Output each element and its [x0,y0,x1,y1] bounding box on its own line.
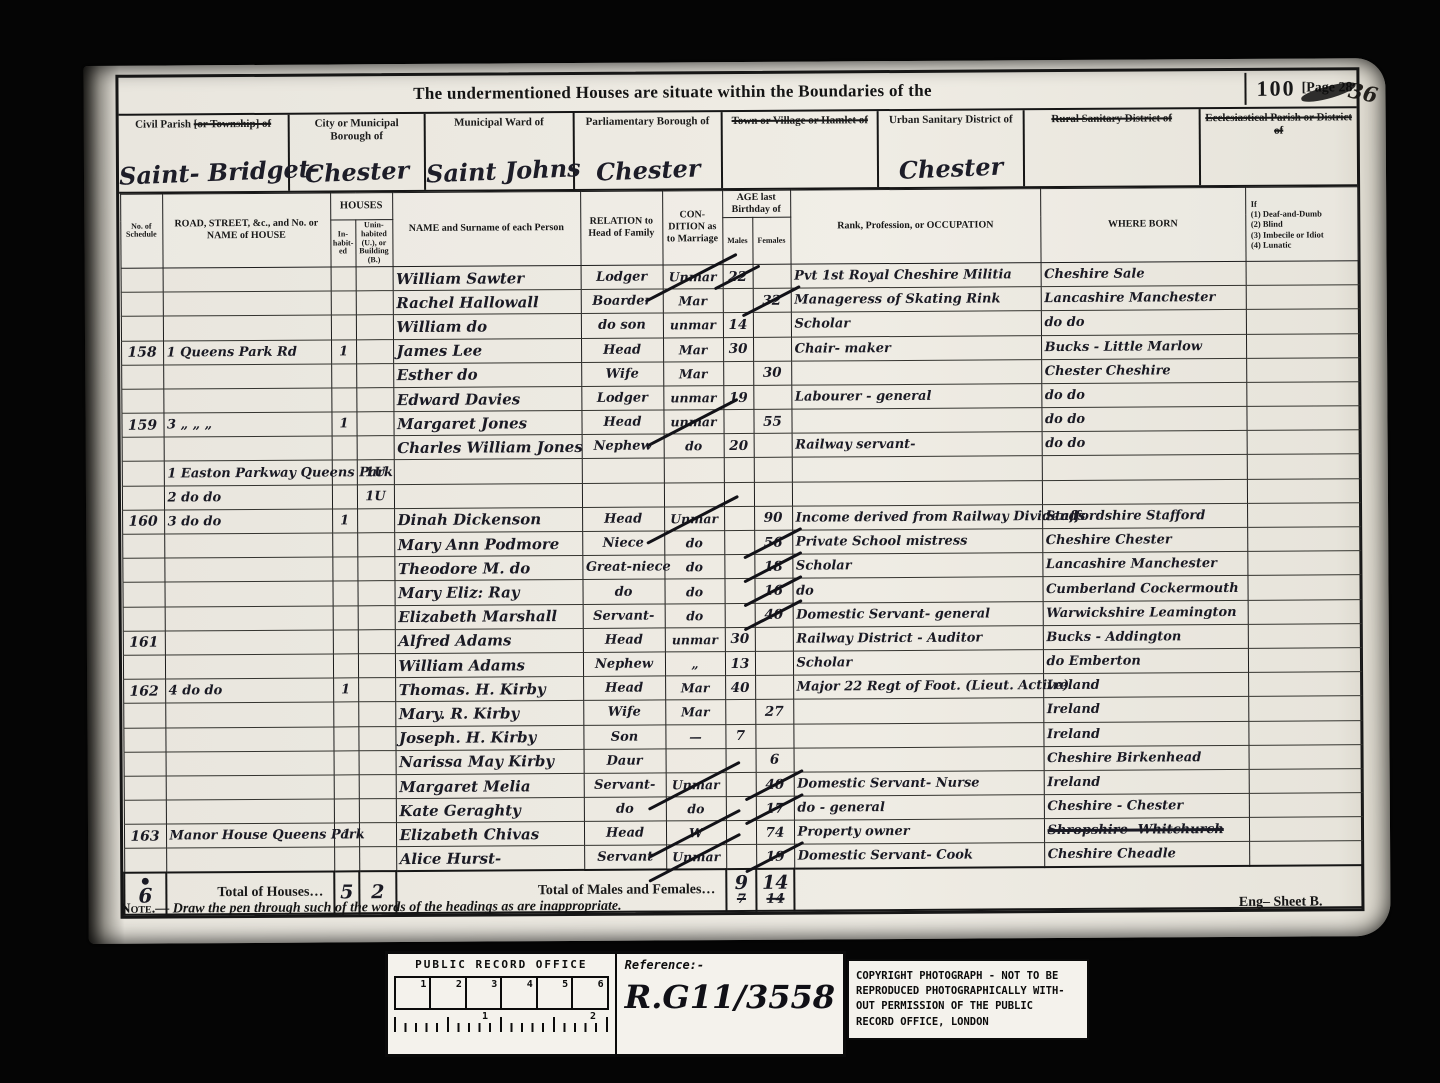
cell-name: Alice Hurst- [396,846,584,871]
cell-occupation: do [792,577,1042,603]
cell-uninhabited [356,339,393,363]
cell-where-born: do do [1041,406,1246,431]
district-box-3: Municipal Ward ofSaint Johns [426,113,575,190]
cell-inhabited: 1 [334,823,359,847]
cell-infirmity [1248,672,1361,697]
cell-road: 4 do do [165,678,333,703]
infirmity-line-3: (3) Imbecile or Idiot [1251,229,1356,240]
cell-occupation: Manageress of Skating Rink [791,287,1041,313]
cell-age-male [726,772,756,796]
cell-age-male: 22 [723,264,753,288]
cell-age-male [726,796,756,820]
cell-name: Mary Eliz: Ray [394,580,582,605]
cell-age-female [754,482,792,506]
cell-name [394,483,582,508]
cell-name: Rachel Hallowall [393,290,581,315]
copyright-line-4: RECORD OFFICE, LONDON [856,1015,1080,1030]
cell-where-born: do do [1041,382,1246,407]
cell-age-male: 13 [725,651,755,675]
col-road: ROAD, STREET, &c., and No. or NAME of HO… [162,193,330,268]
cell-age-male [725,700,755,724]
cell-age-male: 20 [724,434,754,458]
cell-inhabited [332,557,357,581]
pro-stamp-strip: PUBLIC RECORD OFFICE 123456 1 2 Referenc… [385,945,1085,1063]
cell-occupation [793,698,1043,724]
district-box-value: Saint Johns [425,153,573,188]
col-occupation: Rank, Profession, or OCCUPATION [790,189,1040,265]
cell-age-male [723,289,753,313]
cell-uninhabited: 1U [357,484,394,508]
cell-road [163,291,331,316]
cell-where-born: Bucks - Addington [1043,624,1248,649]
cell-road [164,557,332,582]
ruler-scale: 123456 [394,976,609,1010]
cell-occupation: Domestic Servant- Cook [794,843,1044,869]
cell-name: Margaret Jones [393,411,581,436]
district-box-5: Town or Village or Hamlet of [723,111,879,188]
col-inhabited: In-habit-ed [330,220,355,267]
cell-age-male [724,530,754,554]
cell-relation: Servant- [583,604,665,629]
col-relation: RELATION to Head of Family [580,191,662,265]
cell-infirmity [1248,648,1361,673]
cell-schedule [123,655,165,679]
cell-condition: „ [665,652,725,677]
cell-infirmity [1247,575,1360,600]
copyright-notice: COPYRIGHT PHOTOGRAPH - NOT TO BEREPRODUC… [847,959,1089,1040]
cell-age-female [753,337,791,361]
cell-where-born: Lancashire Manchester [1042,552,1247,577]
census-page: 36 The undermentioned Houses are situate… [83,58,1390,944]
infirmity-line-0: If [1251,198,1356,209]
district-box-4: Parliamentary Borough ofChester [574,112,723,189]
cell-name: William Adams [395,652,583,677]
cell-occupation: Chair- maker [791,335,1041,361]
cell-uninhabited [359,750,396,774]
cell-road [166,847,334,872]
folio-box: 100 [Page 28 [1244,72,1358,105]
cell-uninhabited [358,678,395,702]
cell-age-female [753,264,791,288]
cell-relation: Head [583,628,665,653]
cell-name: Joseph. H. Kirby [395,725,583,750]
footnote-text: Draw the pen through such of the words o… [173,899,622,917]
cell-road [166,751,334,776]
cell-age-female [755,724,793,748]
cell-where-born: do do [1042,431,1247,456]
cell-uninhabited [359,775,396,799]
footnote: Note.— Draw the pen through such of the … [120,899,621,918]
cell-uninhabited [359,823,396,847]
cell-age-female: 40 [755,603,793,627]
cell-where-born: Cheshire Sale [1041,261,1246,286]
cell-inhabited: 1 [331,339,356,363]
cell-age-female: 32 [753,288,791,312]
district-box-1: Civil Parish [or Township] ofSaint- Brid… [119,115,290,192]
cell-road: 3 „ „ „ [163,412,331,437]
cell-road [166,799,334,824]
table-header: No. of Schedule ROAD, STREET, &c., and N… [120,187,1358,269]
cell-age-female: 74 [756,820,794,844]
cell-schedule [121,316,163,340]
cell-age-female: 55 [753,409,791,433]
cell-condition: Unmar [663,265,723,290]
cell-age-male [724,579,754,603]
page-title: The undermentioned Houses are situate wi… [118,79,1226,106]
cell-name: Kate Geraghty [396,798,584,823]
cell-age-male: 7 [725,724,755,748]
cell-inhabited [332,484,357,508]
cell-age-female [754,433,792,457]
cell-schedule [124,800,166,824]
cell-inhabited: 1 [333,678,358,702]
district-box-label: Civil Parish [or Township] of [119,118,288,132]
ruler-segment-5: 5 [538,978,573,1008]
district-box-8: Ecclesiastical Parish or District of [1201,108,1357,185]
district-box-label: Municipal Ward of [426,116,573,130]
district-label-text: Urban Sanitary District of [889,113,1013,126]
ruler-segment-4: 4 [502,978,537,1008]
cell-infirmity [1248,720,1361,745]
cell-relation: Head [583,676,665,701]
cell-occupation [791,359,1041,385]
cell-road: 2 do do [164,485,332,510]
cell-where-born: Ireland [1044,769,1249,794]
cell-relation: Servant [584,845,666,870]
cell-uninhabited [357,581,394,605]
cell-where-born: do do [1041,310,1246,335]
cell-schedule: 163 [124,824,166,848]
cell-road: 1 Easton Parkway Queens Park [164,460,332,485]
cell-occupation: Scholar [793,650,1043,676]
ruler-segment-1: 1 [396,978,431,1008]
cell-relation: do [582,579,664,604]
cell-relation: Nephew [583,652,665,677]
district-box-value: Chester [289,155,424,189]
pro-ruler-box: PUBLIC RECORD OFFICE 123456 1 2 [388,954,617,1054]
infirmity-line-4: (4) Lunatic [1251,239,1356,250]
cell-name: Margaret Melia [396,773,584,798]
cell-condition: W [666,821,726,846]
col-infirmity: If(1) Deaf-and-Dumb(2) Blind(3) Imbecile… [1245,187,1358,262]
cell-infirmity [1246,285,1359,310]
col-houses-group: HOUSES [330,193,392,220]
cell-infirmity [1246,382,1359,407]
district-label-struck: Rural Sanitary District of [1051,112,1172,125]
cell-age-male: 14 [723,313,753,337]
cell-condition: Mar [665,700,725,725]
cell-infirmity [1246,261,1359,286]
cell-uninhabited [356,267,393,291]
cell-uninhabited [357,557,394,581]
cell-relation: Lodger [581,265,663,290]
cell-age-male: 19 [723,385,753,409]
cell-age-male [726,845,756,869]
cell-inhabited [331,291,356,315]
cell-schedule [121,292,163,316]
cell-where-born: Ireland [1043,673,1248,698]
cell-schedule: 162 [123,679,165,703]
ruler-segment-6: 6 [573,978,606,1008]
cell-schedule [124,848,166,872]
cell-name: James Lee [393,338,581,363]
cell-inhabited [333,630,358,654]
cell-where-born: Warwickshire Leamington [1043,600,1248,625]
ruler-ticks: 1 2 [394,1014,609,1032]
cell-age-male: 30 [725,627,755,651]
cell-inhabited: 1 [332,509,357,533]
cell-schedule [121,365,163,389]
cell-condition: do [664,579,724,604]
cell-relation: Nephew [582,434,664,459]
cell-uninhabited [358,629,395,653]
cell-inhabited [332,460,357,484]
cell-uninhabited: 1U [357,460,394,484]
cell-relation: Boarder [581,289,663,314]
cell-uninhabited [357,508,394,532]
cell-age-male [724,482,754,506]
cell-where-born: Cheshire Birkenhead [1044,745,1249,770]
district-box-label: Rural Sanitary District of [1025,112,1199,126]
cell-inhabited [334,799,359,823]
cell-road [163,315,331,340]
total-males-value: 9 [735,874,748,893]
ruler-segment-3: 3 [467,978,502,1008]
district-box-value: Chester [879,151,1024,186]
cell-schedule [122,437,164,461]
cell-road: Manor House Queens Park [166,823,334,848]
cell-infirmity [1247,478,1360,503]
cell-age-female: 90 [754,506,792,530]
cell-uninhabited [356,291,393,315]
district-box-label: Town or Village or Hamlet of [723,114,877,128]
cell-inhabited [333,605,358,629]
cell-name: Mary. R. Kirby [395,701,583,726]
cell-age-female [754,458,792,482]
cell-condition: unmar [665,627,725,652]
cell-age-female: 19 [756,845,794,869]
cell-relation: do son [581,313,663,338]
district-header-boxes: Civil Parish [or Township] ofSaint- Brid… [119,108,1357,194]
cell-name: Theodore M. do [394,556,582,581]
district-label-struck: [or Township] of [194,118,272,130]
cell-inhabited: 1 [331,412,356,436]
cell-age-female [755,651,793,675]
cell-road [165,630,333,655]
district-box-7: Rural Sanitary District of [1025,109,1201,186]
cell-road [164,581,332,606]
cell-schedule: 160 [122,510,164,534]
cell-where-born: Ireland [1043,721,1248,746]
cell-name: Edward Davies [393,386,581,411]
cell-infirmity [1249,769,1362,794]
cell-condition: unmar [663,313,723,338]
col-born: WHERE BORN [1040,187,1245,262]
cell-uninhabited [356,315,393,339]
cell-infirmity [1249,841,1362,866]
district-box-2: City or Municipal Borough ofChester [289,114,426,191]
cell-age-female: 30 [753,361,791,385]
cell-infirmity [1248,599,1361,624]
cell-age-male [724,555,754,579]
cell-infirmity [1247,503,1360,528]
cell-name: Charles William Jones [394,435,582,460]
cell-condition [666,748,726,773]
sheet-label: Eng– Sheet B. [1239,894,1363,911]
cell-age-male [725,603,755,627]
ruler-inch-2: 2 [590,1011,596,1022]
cell-uninhabited [357,436,394,460]
cell-occupation: Domestic Servant- general [793,601,1043,627]
cell-relation: Great-niece [582,555,664,580]
cell-age-female: 27 [755,700,793,724]
cell-inhabited [331,315,356,339]
district-box-6: Urban Sanitary District ofChester [879,110,1026,187]
cell-uninhabited [358,702,395,726]
cell-condition: Mar [663,361,723,386]
cell-name: Thomas. H. Kirby [395,677,583,702]
col-males: Males [722,217,752,264]
cell-schedule [121,268,163,292]
footnote-label: Note.— [120,901,169,916]
cell-infirmity [1247,551,1360,576]
printed-frame: The undermentioned Houses are situate wi… [115,67,1364,919]
cell-relation: Lodger [581,386,663,411]
cell-inhabited [333,702,358,726]
cell-where-born: Cheshire Chester [1042,527,1247,552]
cell-inhabited [331,267,356,291]
cell-age-male [726,748,756,772]
cell-road [164,533,332,558]
cell-inhabited [334,847,359,871]
cell-age-male: 40 [725,676,755,700]
cell-name: Alfred Adams [395,628,583,653]
col-schedule: No. of Schedule [120,194,162,268]
cell-age-female: 56 [754,530,792,554]
cell-occupation: Railway servant- [792,432,1042,458]
cell-schedule: 158 [121,341,163,365]
cell-schedule [123,728,165,752]
folio-number: 100 [1256,76,1295,102]
cell-infirmity [1248,623,1361,648]
photograph-background: 36 The undermentioned Houses are situate… [0,0,1440,1083]
cell-road [165,702,333,727]
cell-inhabited [331,364,356,388]
cell-road [163,267,331,292]
cell-occupation [792,456,1042,482]
cell-schedule [124,776,166,800]
cell-infirmity [1247,527,1360,552]
cell-age-female: 16 [754,579,792,603]
cell-where-born: Ireland [1043,697,1248,722]
district-label-text: Civil Parish [135,118,194,130]
cell-uninhabited [358,605,395,629]
cell-road: 3 do do [164,509,332,534]
cell-where-born: Bucks - Little Marlow [1041,334,1246,359]
cell-where-born [1042,479,1247,504]
cell-age-male [724,458,754,482]
cell-where-born: Lancashire Manchester [1041,286,1246,311]
cell-name: Elizabeth Chivas [396,822,584,847]
cell-age-female [753,313,791,337]
copyright-line-2: REPRODUCED PHOTOGRAPHICALLY WITH- [856,984,1080,999]
cell-inhabited [333,726,358,750]
cell-condition: do [664,531,724,556]
district-box-label: City or Municipal Borough of [289,117,423,143]
cell-condition: do [665,603,725,628]
col-females: Females [752,217,790,264]
cell-where-born: Shropshire- Whitchurch [1044,818,1249,843]
cell-where-born: Cumberland Cockermouth [1042,576,1247,601]
cell-uninhabited [358,654,395,678]
cell-condition [664,482,724,507]
cell-uninhabited [357,533,394,557]
cell-age-male [726,821,756,845]
cell-uninhabited [359,847,396,871]
cell-age-male [723,410,753,434]
cell-relation: Head [581,337,663,362]
copyright-line-3: OUT PERMISSION OF THE PUBLIC [856,999,1080,1014]
cell-schedule [122,534,164,558]
cell-schedule [122,558,164,582]
cell-relation [582,458,664,483]
cell-uninhabited [356,388,393,412]
cell-where-born: Staffordshire Stafford [1042,503,1247,528]
cell-relation: Head [581,410,663,435]
cell-schedule [122,486,164,510]
cell-occupation [791,408,1041,434]
cell-uninhabited [356,363,393,387]
cell-occupation [794,746,1044,772]
cell-schedule: 161 [123,631,165,655]
district-label-struck: Town or Village or Hamlet of [732,114,868,127]
cell-condition: Mar [665,676,725,701]
cell-condition: Unmar [666,845,726,870]
cell-relation: Wife [583,700,665,725]
cell-relation: Niece [582,531,664,556]
cell-condition: unmar [663,410,723,435]
cell-occupation: Major 22 Regt of Foot. (Lieut. Active) [793,674,1043,700]
district-box-value [1025,178,1199,185]
cell-condition: Unmar [664,506,724,531]
cell-name: Dinah Dickenson [394,507,582,532]
cell-infirmity [1249,744,1362,769]
cell-inhabited [334,751,359,775]
cell-infirmity [1247,454,1360,479]
cell-schedule [122,582,164,606]
cell-where-born: Cheshire Cheadle [1044,842,1249,867]
cell-infirmity [1246,333,1359,358]
copyright-line-1: COPYRIGHT PHOTOGRAPH - NOT TO BE [856,969,1080,984]
cell-name: William do [393,314,581,339]
cell-occupation: Railway District - Auditor [793,625,1043,651]
cell-age-female: 40 [756,772,794,796]
col-name: NAME and Surname of each Person [392,191,580,266]
cell-relation: Wife [581,362,663,387]
cell-inhabited [332,533,357,557]
cell-where-born: Cheshire - Chester [1044,793,1249,818]
pro-office-title: PUBLIC RECORD OFFICE [394,958,609,971]
district-label-text: Parliamentary Borough of [586,115,710,128]
district-box-value [723,180,877,186]
cell-where-born: Chester Cheshire [1041,358,1246,383]
cell-age-female [755,627,793,651]
cell-age-female [753,385,791,409]
cell-schedule [121,389,163,413]
cell-name: Narissa May Kirby [396,749,584,774]
cell-relation [582,483,664,508]
cell-uninhabited [359,799,396,823]
